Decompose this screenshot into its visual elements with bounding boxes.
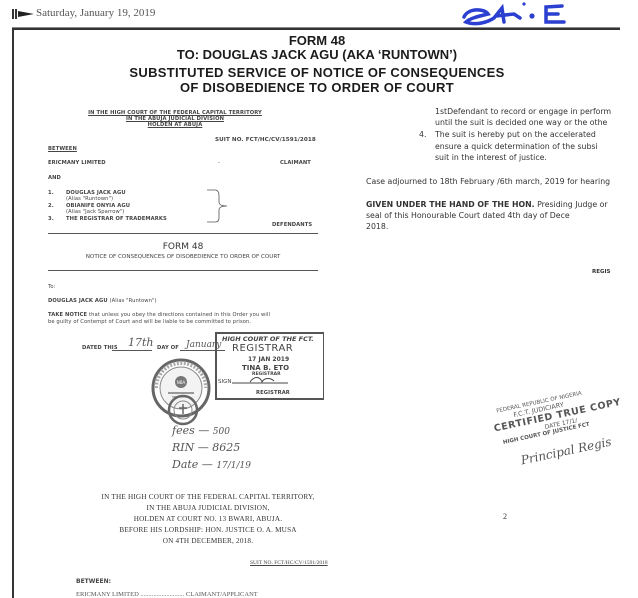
defendant-3-name: THE REGISTRAR OF TRADEMARKS bbox=[66, 216, 167, 222]
registrar-label: REGISTRAR bbox=[256, 390, 290, 396]
take-notice-label: TAKE NOTICE bbox=[48, 312, 87, 318]
note-rin-value: 8625 bbox=[212, 441, 240, 454]
adjournment-note: Case adjourned to 18th February /6th mar… bbox=[366, 176, 610, 187]
addressee-title: TO: DOUGLAS JACK AGU (AKA ‘RUNTOWN’) bbox=[14, 47, 620, 62]
note-fees-label: fees bbox=[172, 424, 195, 437]
lower-between-label: BETWEEN: bbox=[76, 578, 111, 585]
certified-true-copy-stamp: FEDERAL REPUBLIC OF NIGERIA F.C.T. JUDIC… bbox=[490, 381, 638, 479]
addressee-alias: (Alias "Runtown") bbox=[109, 298, 156, 304]
page-frame-left bbox=[12, 28, 14, 598]
notice-body-line1: that unless you obey the directions cont… bbox=[87, 312, 270, 318]
lower-court-line-2: IN THE ABUJA JUDICIAL DIVISION, bbox=[48, 504, 368, 512]
header-rule bbox=[12, 28, 620, 30]
suit-number: SUIT NO. FCT/HC/CV/1591/2018 bbox=[215, 137, 316, 143]
form-48-heading: FORM 48 bbox=[48, 242, 318, 252]
given-under-hand-text: Presiding Judge or bbox=[535, 200, 608, 209]
order-item-4-line3: suit in the interest of justice. bbox=[435, 152, 547, 163]
given-under-hand-label: GIVEN UNDER THE HAND OF THE HON. bbox=[366, 200, 535, 209]
given-line2: seal of this Honourable Court dated 4th … bbox=[366, 210, 570, 221]
defendants-role: DEFENDANTS bbox=[272, 222, 312, 228]
lower-court-line-4: BEFORE HIS LORDSHIP: HON. JUSTICE O. A. … bbox=[48, 526, 368, 534]
divider bbox=[48, 233, 318, 234]
lower-court-line-5: ON 4TH DECEMBER, 2018. bbox=[48, 537, 368, 545]
claimant-role: CLAIMANT bbox=[280, 160, 311, 166]
given-line3: 2018. bbox=[366, 221, 388, 232]
form-48-subheading: NOTICE OF CONSEQUENCES OF DISOBEDIENCE T… bbox=[48, 254, 318, 260]
note-date: Date — 17/1/19 bbox=[172, 458, 251, 471]
registry-stamp-date: 17 JAN 2019 bbox=[248, 356, 289, 363]
court-line-3: HOLDEN AT ABUJA bbox=[60, 122, 290, 128]
order-continuation-line2: until the suit is decided one way or the… bbox=[435, 117, 607, 128]
defendant-1-alias: (Alias "Runtown") bbox=[66, 196, 113, 202]
registrar-signature bbox=[230, 374, 290, 386]
addressee-name: DOUGLAS JACK AGU bbox=[48, 298, 108, 304]
day-of-label: DAY OF bbox=[157, 345, 179, 351]
claimant-name: ERICMANY LIMITED bbox=[48, 160, 106, 166]
lower-suit-number: SUIT NO. FCT/HC/CV/1591/2018 bbox=[250, 560, 328, 566]
between-label: BETWEEN bbox=[48, 146, 77, 152]
order-continuation-line1: 1stDefendant to record or engage in perf… bbox=[435, 106, 611, 117]
registry-stamp-line2: REGISTRAR bbox=[232, 343, 293, 354]
registry-stamp-line1: HIGH COURT OF THE FCT. bbox=[222, 335, 314, 343]
lower-court-line-1: IN THE HIGH COURT OF THE FEDERAL CAPITAL… bbox=[48, 493, 368, 501]
pen-nib-icon bbox=[12, 8, 34, 20]
lower-court-line-3: HOLDEN AT COURT NO. 13 BWARI, ABUJA. bbox=[48, 515, 368, 523]
day-value: 17th bbox=[128, 336, 154, 349]
order-item-4-line1: The suit is hereby put on the accelerate… bbox=[435, 129, 596, 140]
lower-party-line: ERICMANY LIMITED .......................… bbox=[76, 591, 258, 598]
notice-title-line1: SUBSTITUTED SERVICE OF NOTICE OF CONSEQU… bbox=[14, 65, 620, 80]
registrar-label-cropped: REGIS bbox=[592, 267, 611, 278]
defendant-2-number: 2. bbox=[48, 203, 54, 209]
to-label: To: bbox=[48, 284, 56, 290]
seal-emblem bbox=[160, 390, 206, 426]
note-date-label: Date bbox=[172, 458, 198, 471]
note-rin-label: RIN bbox=[172, 441, 194, 454]
publication-date: Saturday, January 19, 2019 bbox=[36, 7, 155, 19]
notice-body-line2: be guilty of Contempt of Court and will … bbox=[48, 319, 328, 325]
notice-title-line2: OF DISOBEDIENCE TO ORDER OF COURT bbox=[14, 80, 620, 95]
day-underline bbox=[112, 350, 152, 351]
defendant-1-number: 1. bbox=[48, 190, 54, 196]
defendant-3-number: 3. bbox=[48, 216, 54, 222]
form-number-title: FORM 48 bbox=[14, 33, 620, 48]
order-item-4-line2: ensure a quick determination of the subs… bbox=[435, 141, 598, 152]
note-fees-value: 500 bbox=[213, 427, 230, 437]
note-date-value: 17/1/19 bbox=[216, 461, 251, 471]
svg-text:NBA: NBA bbox=[177, 380, 186, 385]
note-rin: RIN — 8625 bbox=[172, 441, 240, 454]
and-label: AND bbox=[48, 175, 61, 181]
order-item-4-number: 4. bbox=[419, 129, 426, 140]
page-number: 2 bbox=[503, 512, 507, 521]
defendant-2-alias: (Alias "Jack Sparrow") bbox=[66, 209, 124, 215]
registry-stamp-name: TINA B. ETO bbox=[242, 364, 289, 372]
separator-dash: - bbox=[218, 160, 220, 166]
handwritten-initials bbox=[458, 0, 578, 30]
divider bbox=[48, 270, 318, 271]
note-fees: fees — 500 bbox=[172, 424, 230, 437]
defendants-brace bbox=[205, 188, 235, 224]
